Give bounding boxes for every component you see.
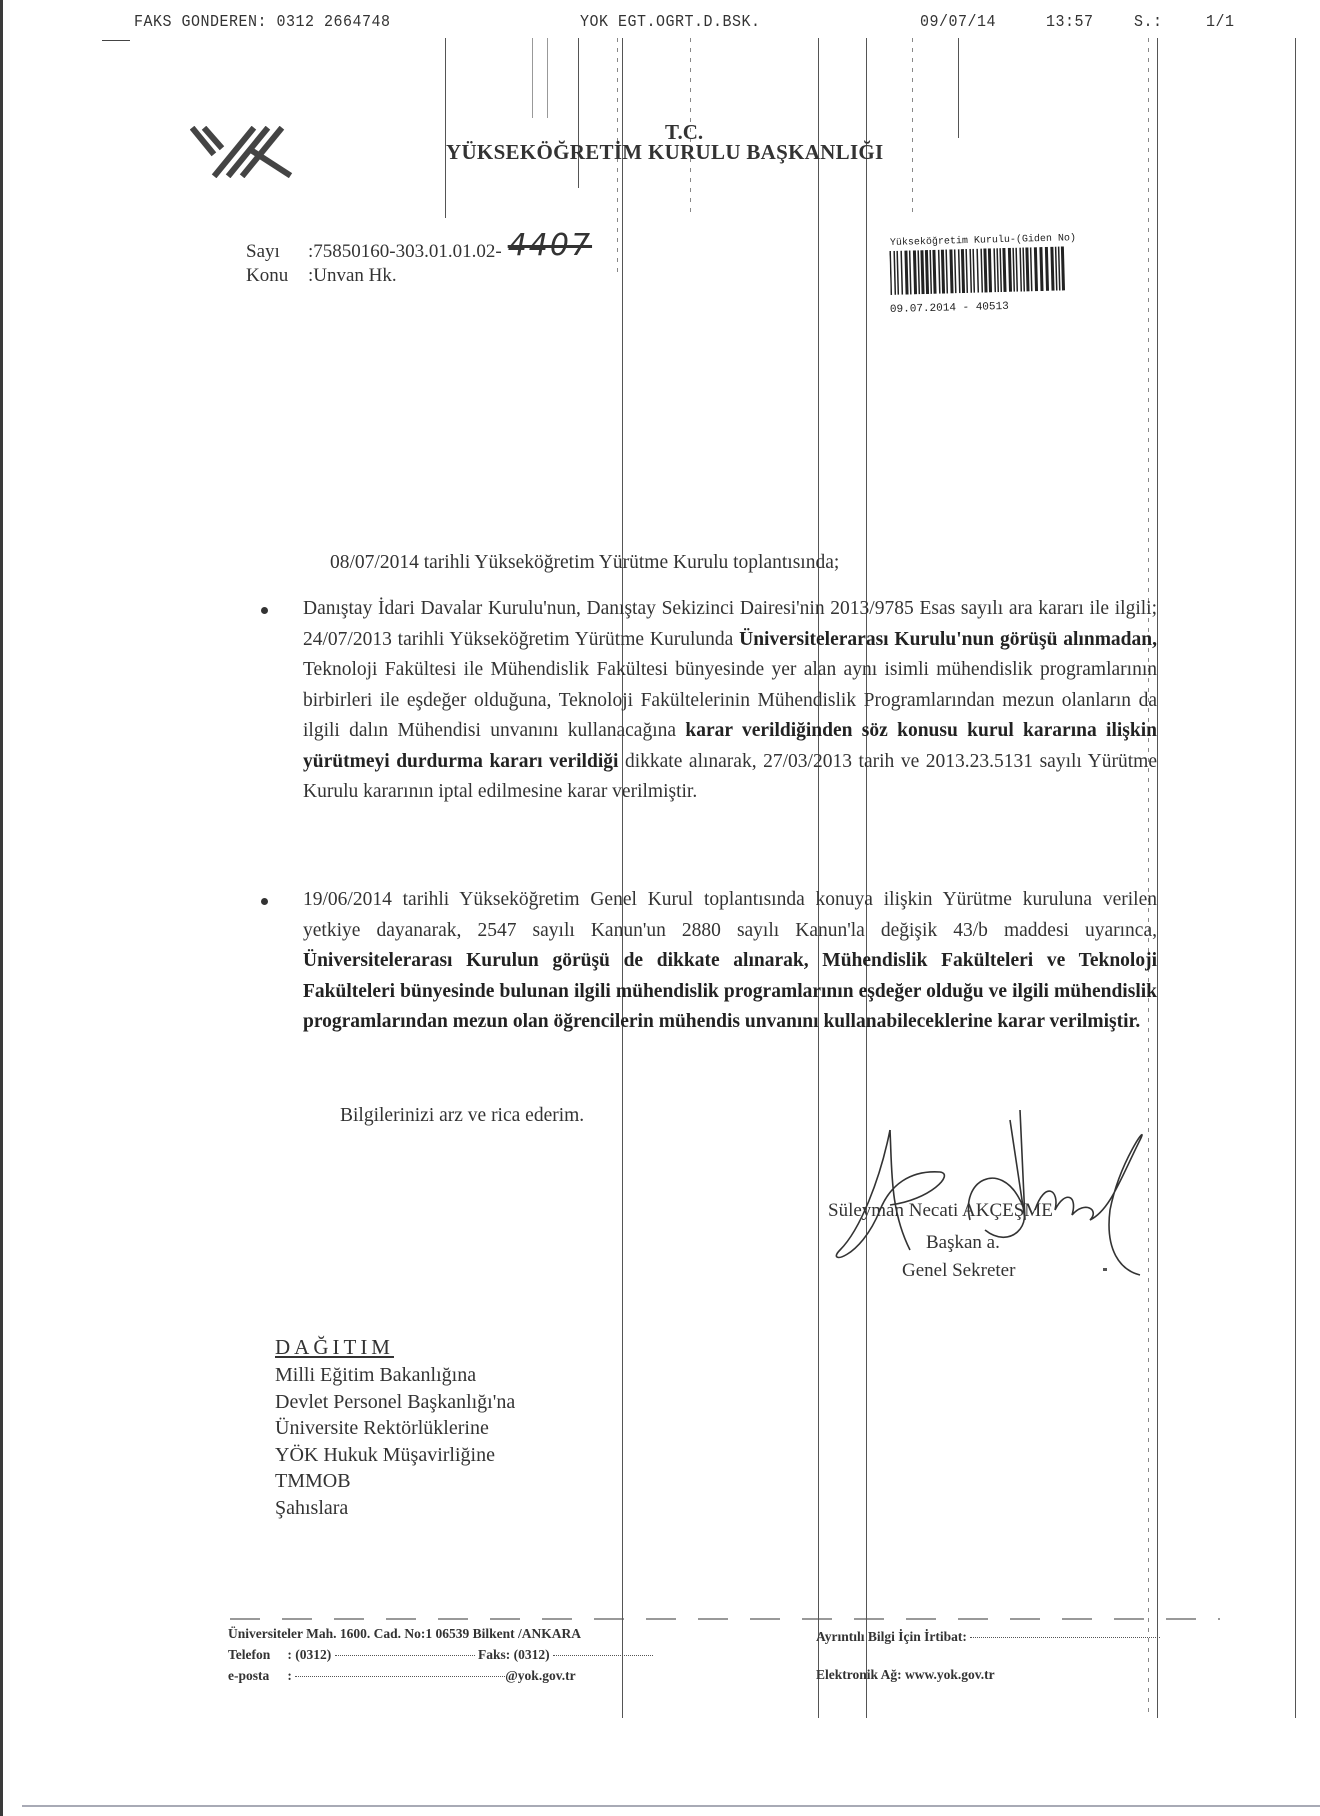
email-blank bbox=[295, 1676, 505, 1677]
intro-paragraph: 08/07/2014 tarihli Yükseköğretim Yürütme… bbox=[330, 552, 839, 574]
document-meta: Sayı :75850160-303.01.01.02- 4407 Konu :… bbox=[246, 240, 592, 288]
fax-sender: FAKS GONDEREN: 0312 2664748 bbox=[134, 13, 391, 32]
bullet-paragraph-1: Danıştay İdari Davalar Kurulu'nun, Danış… bbox=[303, 594, 1157, 808]
distribution-item: Devlet Personel Başkanlığı'na bbox=[275, 1389, 515, 1416]
sayi-value: :75850160-303.01.01.02- bbox=[308, 240, 502, 264]
scan-streak bbox=[912, 38, 913, 218]
fax-label: Faks: (0312) bbox=[478, 1647, 550, 1662]
fax-department: YOK EGT.OGRT.D.BSK. bbox=[580, 13, 761, 32]
fax-date: 09/07/14 bbox=[920, 13, 996, 32]
bullet-icon bbox=[261, 898, 268, 905]
fax-time: 13:57 bbox=[1046, 13, 1094, 32]
scan-streak bbox=[547, 38, 548, 118]
footer-email-row: e-posta : @yok.gov.tr bbox=[228, 1665, 653, 1686]
bullet-paragraph-2: 19/06/2014 tarihli Yükseköğretim Genel K… bbox=[303, 885, 1157, 1038]
contact-blank bbox=[970, 1637, 1160, 1638]
email-label: e-posta bbox=[228, 1665, 284, 1686]
web-label: Elektronik Ağ: www.yok.gov.tr bbox=[816, 1656, 1160, 1694]
scan-streak bbox=[818, 38, 819, 1718]
fax-page: 1/1 bbox=[1206, 13, 1235, 32]
scan-streak bbox=[578, 38, 579, 188]
phone-label: Telefon bbox=[228, 1644, 284, 1665]
fax-mark bbox=[102, 40, 130, 41]
distribution-item: YÖK Hukuk Müşavirliğine bbox=[275, 1442, 515, 1469]
scan-streak bbox=[532, 38, 533, 118]
fax-header: FAKS GONDEREN: 0312 2664748 YOK EGT.OGRT… bbox=[134, 13, 1280, 35]
bullet2-bold: Üniversitelerarası Kurulun görüşü de dik… bbox=[303, 950, 1157, 1032]
distribution-title: DAĞITIM bbox=[275, 1335, 394, 1360]
barcode-icon bbox=[889, 246, 1070, 295]
sayi-handwritten: 4407 bbox=[508, 234, 592, 258]
barcode-label: Yükseköğretim Kurulu-(Giden No) bbox=[890, 231, 1160, 249]
distribution-item: Şahıslara bbox=[275, 1495, 515, 1522]
footer-phone-row: Telefon : (0312) Faks: (0312) bbox=[228, 1644, 653, 1665]
scan-streak bbox=[1295, 38, 1296, 1718]
phone-blank bbox=[335, 1655, 475, 1656]
footer-contact: Üniversiteler Mah. 1600. Cad. No:1 06539… bbox=[228, 1623, 653, 1686]
scan-edge-left bbox=[0, 0, 3, 1816]
scan-streak bbox=[866, 38, 867, 1718]
sayi-row: Sayı :75850160-303.01.01.02- 4407 bbox=[246, 240, 592, 264]
distribution-list: Milli Eğitim Bakanlığına Devlet Personel… bbox=[275, 1362, 515, 1521]
institution-title: YÜKSEKÖĞRETİM KURULU BAŞKANLIĞI bbox=[446, 140, 884, 165]
fax-blank bbox=[553, 1655, 653, 1656]
email-prefix: : bbox=[287, 1668, 292, 1683]
konu-value: :Unvan Hk. bbox=[308, 264, 397, 288]
contact-row: Ayrıntılı Bilgi İçin İrtibat: bbox=[816, 1618, 1160, 1656]
bullet2-text: 19/06/2014 tarihli Yükseköğretim Genel K… bbox=[303, 889, 1157, 941]
distribution-item: TMMOB bbox=[275, 1468, 515, 1495]
signatory-role-1: Başkan a. bbox=[926, 1232, 1000, 1254]
barcode-stamp: Yükseköğretim Kurulu-(Giden No) 09.07.20… bbox=[890, 238, 1160, 316]
konu-row: Konu :Unvan Hk. bbox=[246, 264, 592, 288]
barcode-number: 09.07.2014 - 40513 bbox=[890, 297, 1160, 316]
bullet1-bold: Üniversitelerarası Kurulu'nun görüşü alı… bbox=[739, 629, 1157, 650]
closing-line: Bilgilerinizi arz ve rica ederim. bbox=[340, 1105, 584, 1127]
signatory-name: Süleyman Necati AKÇEŞME bbox=[828, 1200, 1053, 1222]
bullet-icon bbox=[261, 607, 268, 614]
distribution-item: Üniversite Rektörlüklerine bbox=[275, 1415, 515, 1442]
fax-page-label: S.: bbox=[1134, 13, 1163, 32]
stray-mark bbox=[1103, 1268, 1107, 1271]
konu-label: Konu bbox=[246, 264, 308, 288]
distribution-item: Milli Eğitim Bakanlığına bbox=[275, 1362, 515, 1389]
contact-label: Ayrıntılı Bilgi İçin İrtibat: bbox=[816, 1629, 967, 1644]
yok-logo-icon bbox=[190, 126, 294, 178]
footer-address: Üniversiteler Mah. 1600. Cad. No:1 06539… bbox=[228, 1623, 653, 1644]
scan-streak bbox=[958, 38, 959, 138]
scan-streak bbox=[622, 38, 623, 1718]
email-domain: @yok.gov.tr bbox=[505, 1668, 575, 1683]
phone-value: : (0312) bbox=[287, 1647, 331, 1662]
signatory-role-2: Genel Sekreter bbox=[902, 1260, 1015, 1282]
sayi-label: Sayı bbox=[246, 240, 308, 264]
scan-streak bbox=[445, 38, 446, 218]
scan-edge-bottom bbox=[22, 1805, 1320, 1807]
footer-info: Ayrıntılı Bilgi İçin İrtibat: Elektronik… bbox=[816, 1618, 1160, 1694]
